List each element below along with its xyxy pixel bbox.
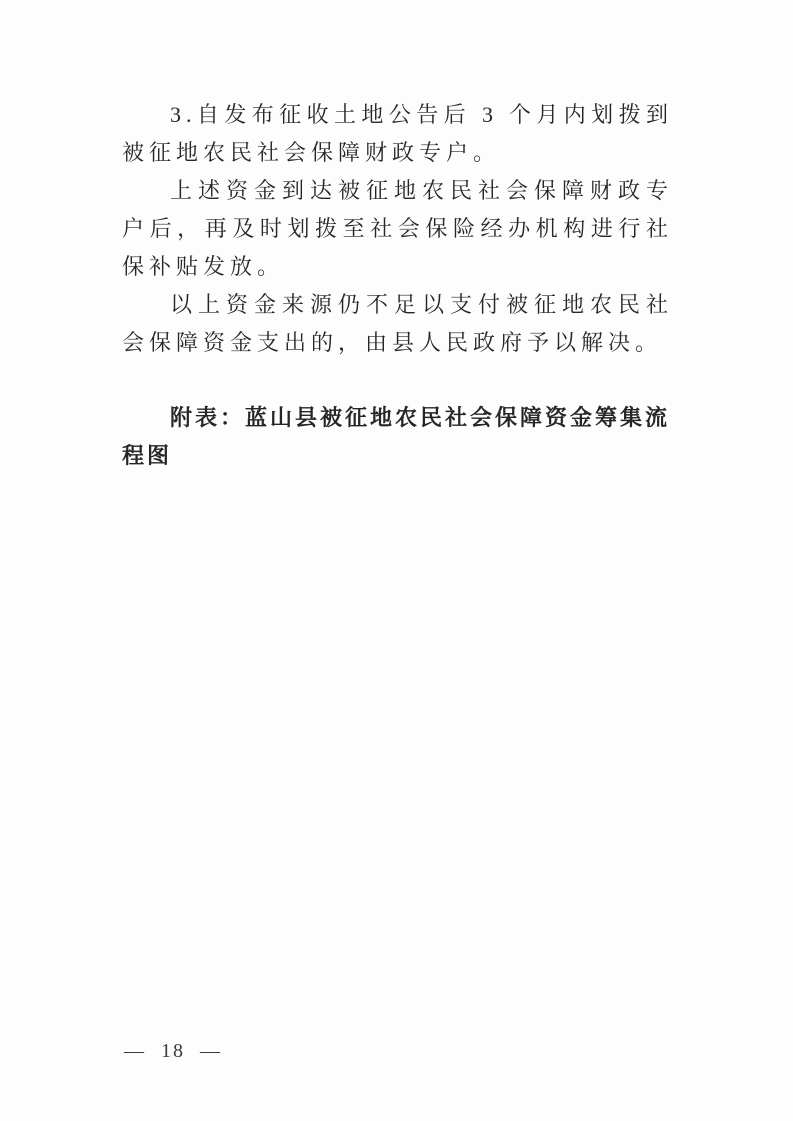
paragraph-shortfall-resolution: 以上资金来源仍不足以支付被征地农民社会保障资金支出的，由县人民政府予以解决。	[122, 286, 673, 362]
attachment-note: 附表：蓝山县被征地农民社会保障资金筹集流程图	[122, 399, 673, 475]
document-page: 3.自发布征收土地公告后 3 个月内划拨到被征地农民社会保障财政专户。 上述资金…	[0, 0, 793, 1121]
page-number: — 18 —	[124, 1039, 222, 1063]
document-body: 3.自发布征收土地公告后 3 个月内划拨到被征地农民社会保障财政专户。 上述资金…	[122, 96, 673, 475]
paragraph-funds-arrival-disbursement: 上述资金到达被征地农民社会保障财政专户后，再及时划拨至社会保险经办机构进行社保补…	[122, 172, 673, 286]
paragraph-item-3-transfer-deadline: 3.自发布征收土地公告后 3 个月内划拨到被征地农民社会保障财政专户。	[122, 96, 673, 172]
